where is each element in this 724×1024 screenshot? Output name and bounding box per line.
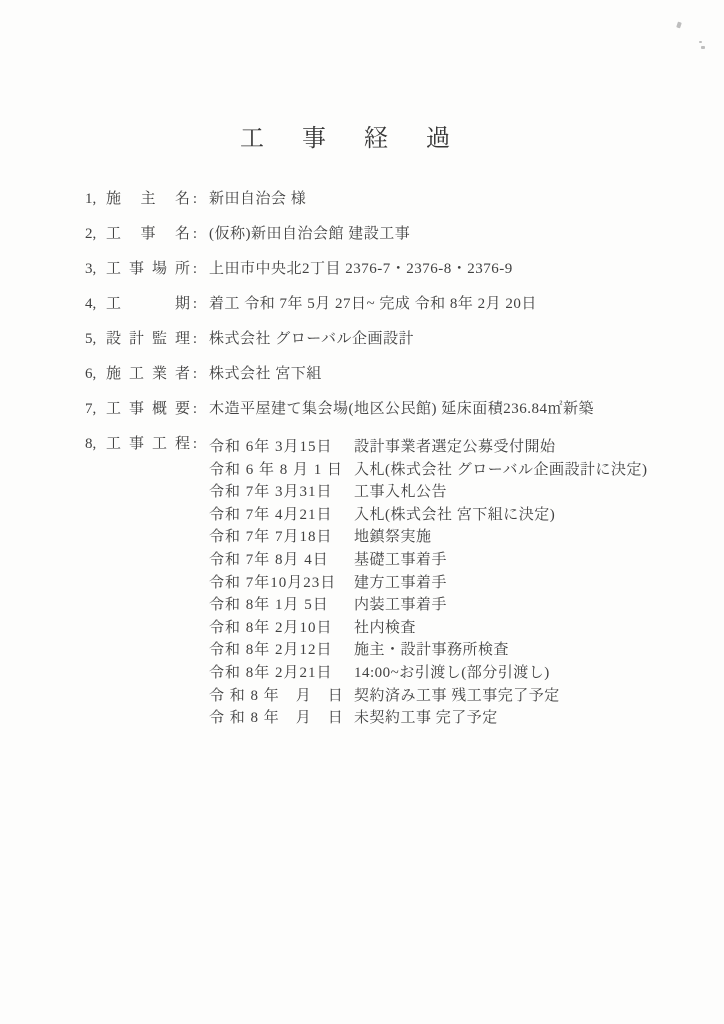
schedule-row: 令和 7年 4月21日 入札(株式会社 宮下組に決定): [209, 504, 648, 527]
schedule-date: 令和 7年 8月 4日: [209, 549, 354, 572]
item-colon: :: [190, 296, 200, 312]
list-item-owner: 1, 施 主 名 : 新田自治会 様: [85, 191, 724, 207]
schedule-row: 令和 7年 3月31日 工事入札公告: [209, 481, 648, 504]
schedule-description: 建方工事着手: [354, 572, 447, 595]
schedule-row: 令和 8年 1月 5日 内装工事着手: [209, 594, 648, 617]
item-number: 6,: [85, 366, 106, 382]
item-number: 1,: [85, 191, 106, 207]
item-label: 施 工 業 者: [106, 366, 190, 382]
schedule-description: 施主・設計事務所検査: [354, 639, 509, 662]
list-item-design-supervisor: 5, 設 計 監 理 : 株式会社 グローバル企画設計: [85, 331, 724, 347]
schedule-row: 令 和 8 年 月 日 未契約工事 完了予定: [209, 707, 648, 730]
schedule-list: 令和 6年 3月15日 設計事業者選定公募受付開始 令和 6 年 8 月 1 日…: [209, 436, 648, 730]
schedule-description: 工事入札公告: [354, 481, 447, 504]
item-value: 着工 令和 7年 5月 27日~ 完成 令和 8年 2月 20日: [209, 296, 537, 312]
item-colon: :: [190, 226, 200, 242]
schedule-description: 未契約工事 完了予定: [354, 707, 498, 730]
schedule-date: 令和 6年 3月15日: [209, 436, 354, 459]
item-number: 3,: [85, 261, 106, 277]
document-body: 1, 施 主 名 : 新田自治会 様 2, 工 事 名 : (仮称)新田自治会館…: [85, 191, 724, 730]
schedule-description: 入札(株式会社 宮下組に決定): [354, 504, 555, 527]
list-item-project-summary: 7, 工 事 概 要 : 木造平屋建て集会場(地区公民館) 延床面積236.84…: [85, 401, 724, 417]
schedule-date: 令和 7年10月23日: [209, 572, 354, 595]
schedule-description: 社内検査: [354, 617, 416, 640]
item-label: 工 事 工 程: [106, 436, 190, 452]
item-label: 工 事 場 所: [106, 261, 190, 277]
item-number: 7,: [85, 401, 106, 417]
schedule-row: 令和 6年 3月15日 設計事業者選定公募受付開始: [209, 436, 648, 459]
item-label: 設 計 監 理: [106, 331, 190, 347]
schedule-description: 地鎮祭実施: [354, 526, 432, 549]
schedule-date: 令和 7年 3月31日: [209, 481, 354, 504]
schedule-row: 令和 8年 2月12日 施主・設計事務所検査: [209, 639, 648, 662]
item-label: 工 期: [106, 296, 190, 312]
item-colon: :: [190, 261, 200, 277]
schedule-date: 令和 8年 1月 5日: [209, 594, 354, 617]
schedule-row: 令和 8年 2月10日 社内検査: [209, 617, 648, 640]
schedule-date: 令和 7年 7月18日: [209, 526, 354, 549]
list-item-project-name: 2, 工 事 名 : (仮称)新田自治会館 建設工事: [85, 226, 724, 242]
item-number: 5,: [85, 331, 106, 347]
item-value: 株式会社 グローバル企画設計: [209, 331, 414, 347]
schedule-row: 令和 7年10月23日 建方工事着手: [209, 572, 648, 595]
schedule-row: 令和 8年 2月21日 14:00~お引渡し(部分引渡し): [209, 662, 648, 685]
schedule-date: 令和 8年 2月21日: [209, 662, 354, 685]
item-label: 工 事 概 要: [106, 401, 190, 417]
schedule-description: 設計事業者選定公募受付開始: [354, 436, 556, 459]
schedule-description: 入札(株式会社 グローバル企画設計に決定): [354, 459, 648, 482]
schedule-description: 内装工事着手: [354, 594, 447, 617]
item-colon: :: [190, 436, 200, 452]
schedule-row: 令和 7年 7月18日 地鎮祭実施: [209, 526, 648, 549]
document-title: 工 事 経 過: [85, 118, 605, 153]
list-item-construction-period: 4, 工 期 : 着工 令和 7年 5月 27日~ 完成 令和 8年 2月 20…: [85, 296, 724, 312]
item-colon: :: [190, 191, 200, 207]
item-number: 4,: [85, 296, 106, 312]
list-item-contractor: 6, 施 工 業 者 : 株式会社 宮下組: [85, 366, 724, 382]
item-number: 2,: [85, 226, 106, 242]
schedule-date: 令 和 8 年 月 日: [209, 707, 354, 730]
schedule-date: 令 和 8 年 月 日: [209, 685, 354, 708]
schedule-date: 令和 7年 4月21日: [209, 504, 354, 527]
schedule-row: 令和 7年 8月 4日 基礎工事着手: [209, 549, 648, 572]
item-colon: :: [190, 366, 200, 382]
schedule-description: 契約済み工事 残工事完了予定: [354, 685, 560, 708]
item-number: 8,: [85, 436, 106, 452]
item-value: 新田自治会 様: [209, 191, 306, 207]
item-label: 工 事 名: [106, 226, 190, 242]
schedule-description: 基礎工事着手: [354, 549, 447, 572]
item-colon: :: [190, 401, 200, 417]
schedule-date: 令和 8年 2月10日: [209, 617, 354, 640]
list-item-site-location: 3, 工 事 場 所 : 上田市中央北2丁目 2376-7・2376-8・237…: [85, 261, 724, 277]
schedule-row: 令 和 8 年 月 日 契約済み工事 残工事完了予定: [209, 685, 648, 708]
item-value: 上田市中央北2丁目 2376-7・2376-8・2376-9: [209, 261, 513, 277]
scanned-document: { "page": { "title": "工 事 経 過" }, "items…: [0, 0, 724, 1024]
schedule-row: 令和 6 年 8 月 1 日 入札(株式会社 グローバル企画設計に決定): [209, 459, 648, 482]
item-colon: :: [190, 331, 200, 347]
item-value: 株式会社 宮下組: [209, 366, 322, 382]
item-value: 木造平屋建て集会場(地区公民館) 延床面積236.84㎡新築: [209, 401, 594, 417]
schedule-date: 令和 8年 2月12日: [209, 639, 354, 662]
schedule-date: 令和 6 年 8 月 1 日: [209, 459, 354, 482]
item-value: (仮称)新田自治会館 建設工事: [209, 226, 410, 242]
list-item-work-schedule: 8, 工 事 工 程 : 令和 6年 3月15日 設計事業者選定公募受付開始 令…: [85, 436, 724, 730]
item-label: 施 主 名: [106, 191, 190, 207]
schedule-description: 14:00~お引渡し(部分引渡し): [354, 662, 550, 685]
document-page: 工 事 経 過 1, 施 主 名 : 新田自治会 様 2, 工 事 名 : (仮…: [0, 0, 724, 1024]
